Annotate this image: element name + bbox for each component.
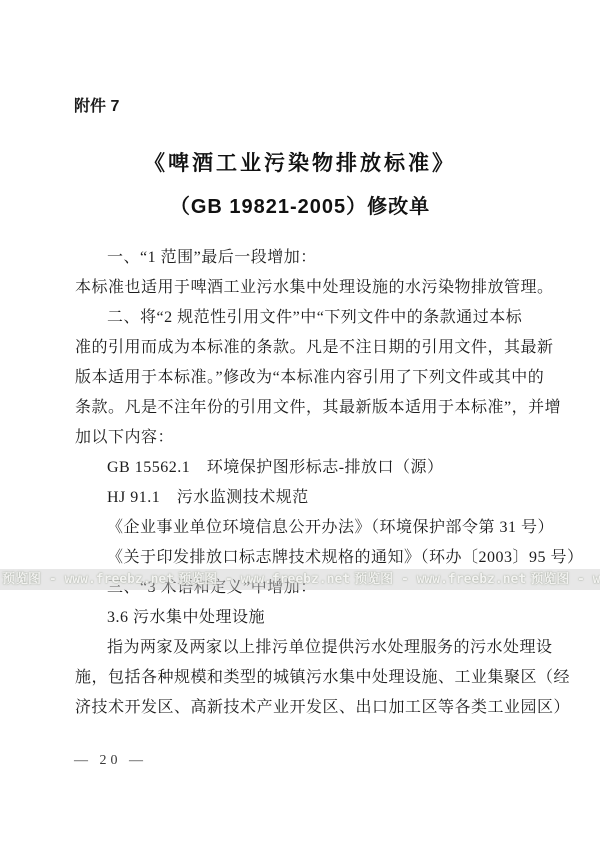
watermark-text: 预览图 - www.freebz.net (528, 569, 600, 590)
watermark-text: 预览图 - www.freebz.net (0, 569, 176, 590)
body-line: 《企业事业单位环境信息公开办法》（环境保护部令第 31 号） (75, 513, 540, 543)
watermark-text: 预览图 - www.freebz.net (176, 569, 352, 590)
preview-watermark-band: 预览图 - www.freebz.net 预览图 - www.freebz.ne… (0, 569, 600, 590)
body-line: 济技术开发区、高新技术产业开发区、出口加工区等各类工业园区） (75, 693, 540, 723)
watermark-text: 预览图 - www.freebz.net (352, 569, 528, 590)
body-line: 3.6 污水集中处理设施 (75, 603, 540, 633)
body-line: 施，包括各种规模和类型的城镇污水集中处理设施、工业集聚区（经 (75, 663, 540, 693)
body-line: 二、将“2 规范性引用文件”中“下列文件中的条款通过本标 (75, 303, 540, 333)
body-line: 本标准也适用于啤酒工业污水集中处理设施的水污染物排放管理。 (75, 273, 540, 303)
document-page: 附件 7 《啤酒工业污染物排放标准》 （GB 19821-2005）修改单 一、… (0, 0, 600, 848)
body-line: 一、“1 范围”最后一段增加： (75, 243, 540, 273)
document-title: 《啤酒工业污染物排放标准》 （GB 19821-2005）修改单 (0, 150, 600, 221)
document-title-line2: （GB 19821-2005）修改单 (0, 193, 600, 221)
attachment-label: 附件 7 (74, 93, 119, 116)
body-line: 条款。凡是不注年份的引用文件，其最新版本适用于本标准”，并增 (75, 393, 540, 423)
body-line: 准的引用而成为本标准的条款。凡是不注日期的引用文件，其最新 (75, 333, 540, 363)
body-line: HJ 91.1 污水监测技术规范 (75, 483, 540, 513)
body-line: GB 15562.1 环境保护图形标志-排放口（源） (75, 453, 540, 483)
page-number: — 20 — (74, 753, 147, 769)
body-line: 指为两家及两家以上排污单位提供污水处理服务的污水处理设 (75, 633, 540, 663)
body-line: 加以下内容： (75, 423, 540, 453)
document-title-line1: 《啤酒工业污染物排放标准》 (0, 150, 600, 178)
document-body: 一、“1 范围”最后一段增加： 本标准也适用于啤酒工业污水集中处理设施的水污染物… (75, 243, 540, 723)
body-line: 版本适用于本标准。”修改为“本标准内容引用了下列文件或其中的 (75, 363, 540, 393)
